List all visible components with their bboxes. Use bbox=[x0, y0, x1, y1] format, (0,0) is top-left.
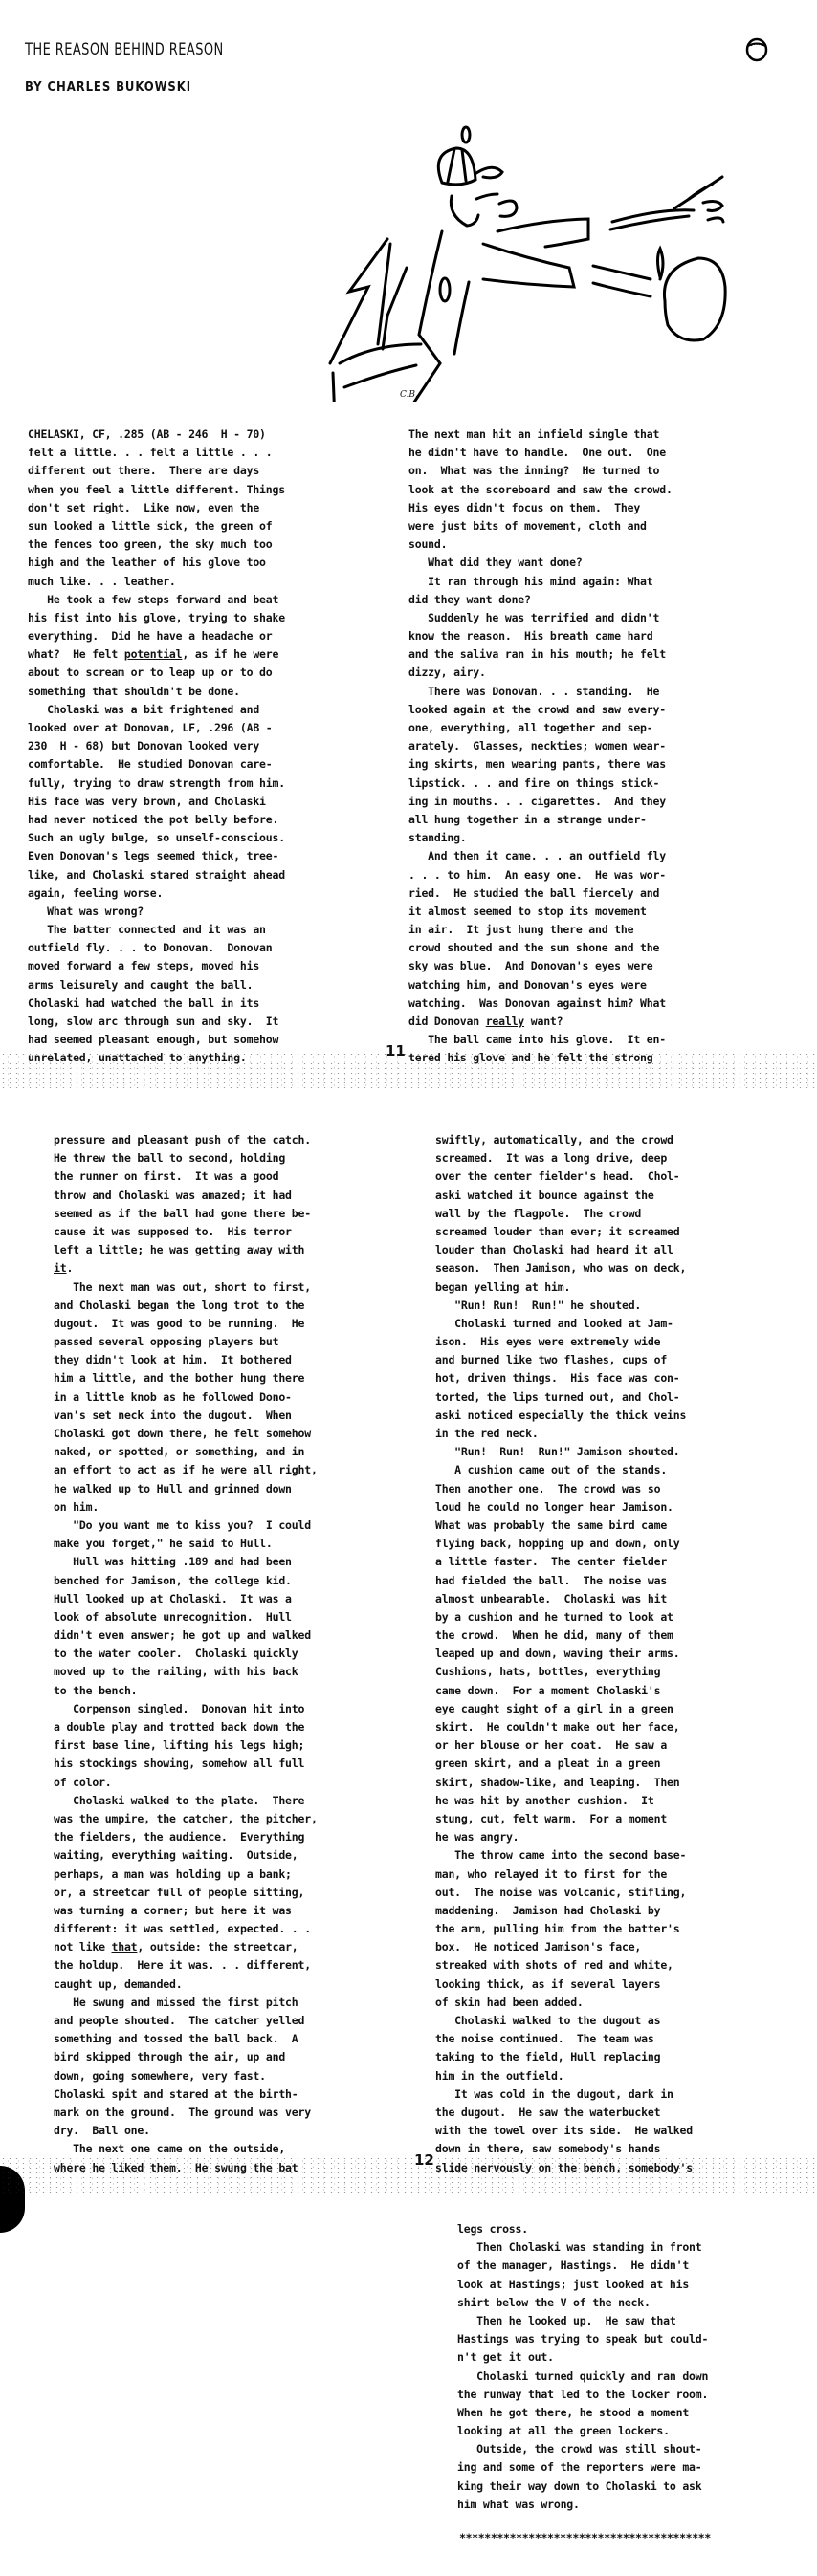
ballplayer-illustration bbox=[144, 57, 813, 402]
text-line: much like. . . leather. bbox=[28, 573, 285, 591]
text-line: ing skirts, men wearing pants, there was bbox=[408, 755, 673, 774]
text-line: Then he looked up. He saw that bbox=[457, 2312, 708, 2330]
text-line: wall by the flagpole. The crowd bbox=[435, 1205, 693, 1223]
text-line: over the center fielder's head. Chol- bbox=[435, 1168, 693, 1186]
page11-left-column: CHELASKI, CF, .285 (AB - 246 H - 70)felt… bbox=[28, 426, 285, 1068]
text-line: by a cushion and he turned to look at bbox=[435, 1608, 693, 1626]
text-line: everything. Did he have a headache or bbox=[28, 627, 285, 645]
text-line: cause it was supposed to. His terror bbox=[54, 1223, 318, 1241]
text-line: When he got there, he stood a moment bbox=[457, 2404, 708, 2422]
text-line: And then it came. . . an outfield fly bbox=[408, 847, 673, 865]
text-line: arms leisurely and caught the ball. bbox=[28, 976, 285, 994]
story-title: THE REASON BEHIND REASON bbox=[25, 40, 224, 59]
text-line: skirt, shadow-like, and leaping. Then bbox=[435, 1774, 693, 1792]
text-line: torted, the lips turned out, and Chol- bbox=[435, 1388, 693, 1407]
text-line: "Run! Run! Run!" he shouted. bbox=[435, 1297, 693, 1315]
text-line: again, feeling worse. bbox=[28, 884, 285, 903]
text-line: Cholaski got down there, he felt somehow bbox=[54, 1425, 318, 1443]
text-line: or her blouse or her coat. He saw a bbox=[435, 1736, 693, 1755]
text-line: What did they want done? bbox=[408, 554, 673, 572]
text-line: The batter connected and it was an bbox=[28, 921, 285, 939]
text-line: skirt. He couldn't make out her face, bbox=[435, 1718, 693, 1736]
text-line: it almost seemed to stop its movement bbox=[408, 903, 673, 921]
text-line: hot, driven things. His face was con- bbox=[435, 1369, 693, 1387]
text-line: and the saliva ran in his mouth; he felt bbox=[408, 645, 673, 664]
text-line: it. bbox=[54, 1259, 318, 1277]
text-line: were just bits of movement, cloth and bbox=[408, 517, 673, 535]
text-line: n't get it out. bbox=[457, 2348, 708, 2367]
text-line: had fielded the ball. The noise was bbox=[435, 1572, 693, 1590]
text-line: to the water cooler. Cholaski quickly bbox=[54, 1645, 318, 1663]
text-line: man, who relayed it to first for the bbox=[435, 1866, 693, 1884]
text-line: sound. bbox=[408, 535, 673, 554]
text-line: on. What was the inning? He turned to bbox=[408, 462, 673, 480]
text-line: he was hit by another cushion. It bbox=[435, 1792, 693, 1810]
text-line: moved forward a few steps, moved his bbox=[28, 957, 285, 975]
text-line: "Run! Run! Run!" Jamison shouted. bbox=[435, 1443, 693, 1461]
text-line: ing and some of the reporters were ma- bbox=[457, 2458, 708, 2477]
text-line: almost unbearable. Cholaski was hit bbox=[435, 1590, 693, 1608]
text-line: not like that, outside: the streetcar, bbox=[54, 1938, 318, 1956]
text-line: all hung together in a strange under- bbox=[408, 811, 673, 829]
text-line: loud he could no longer hear Jamison. bbox=[435, 1498, 693, 1517]
text-line: he walked up to Hull and grinned down bbox=[54, 1480, 318, 1498]
text-line: Cholaski spit and stared at the birth- bbox=[54, 2085, 318, 2104]
text-line: legs cross. bbox=[457, 2220, 708, 2238]
text-line: did Donovan really want? bbox=[408, 1013, 673, 1031]
text-line: look at Hastings; just looked at his bbox=[457, 2276, 708, 2294]
text-line: streaked with shots of red and white, bbox=[435, 1956, 693, 1975]
page12-right-column: swiftly, automatically, and the crowdscr… bbox=[435, 1131, 693, 2177]
text-line: Hull was hitting .189 and had been bbox=[54, 1553, 318, 1571]
text-line: flying back, hopping up and down, only bbox=[435, 1535, 693, 1553]
text-line: Cholaski turned and looked at Jam- bbox=[435, 1315, 693, 1333]
text-line: 230 H - 68) but Donovan looked very bbox=[28, 737, 285, 755]
text-line: Corpenson singled. Donovan hit into bbox=[54, 1700, 318, 1718]
text-line: the holdup. Here it was. . . different, bbox=[54, 1956, 318, 1975]
text-line: Cholaski walked to the dugout as bbox=[435, 2012, 693, 2030]
text-line: the fences too green, the sky much too bbox=[28, 535, 285, 554]
text-line: screamed. It was a long drive, deep bbox=[435, 1149, 693, 1168]
text-line: He threw the ball to second, holding bbox=[54, 1149, 318, 1168]
text-line: outfield fly. . . to Donovan. Donovan bbox=[28, 939, 285, 957]
text-line: his fist into his glove, trying to shake bbox=[28, 609, 285, 627]
text-line: . . . to him. An easy one. He was wor- bbox=[408, 866, 673, 884]
text-line: the noise continued. The team was bbox=[435, 2030, 693, 2048]
text-line: lipstick. . . and fire on things stick- bbox=[408, 775, 673, 793]
text-line: benched for Jamison, the college kid. bbox=[54, 1572, 318, 1590]
page12-left-column: pressure and pleasant push of the catch.… bbox=[54, 1131, 318, 2177]
text-line: box. He noticed Jamison's face, bbox=[435, 1938, 693, 1956]
text-line: aski watched it bounce against the bbox=[435, 1187, 693, 1205]
text-line: A cushion came out of the stands. bbox=[435, 1461, 693, 1479]
text-line: green skirt, and a pleat in a green bbox=[435, 1755, 693, 1773]
text-line: his stockings showing, somehow all full bbox=[54, 1755, 318, 1773]
text-line: looked again at the crowd and saw every- bbox=[408, 701, 673, 719]
text-line: Outside, the crowd was still shout- bbox=[457, 2440, 708, 2458]
text-line: to the bench. bbox=[54, 1682, 318, 1700]
text-line: make you forget," he said to Hull. bbox=[54, 1535, 318, 1553]
scan-noise-band bbox=[0, 1052, 817, 1090]
text-line: caught up, demanded. bbox=[54, 1976, 318, 1994]
text-line: of skin had been added. bbox=[435, 1994, 693, 2012]
text-line: he didn't have to handle. One out. One bbox=[408, 444, 673, 462]
text-line: Cholaski was a bit frightened and bbox=[28, 701, 285, 719]
page13-right-column: legs cross. Then Cholaski was standing i… bbox=[457, 2220, 708, 2514]
text-line: different: it was settled, expected. . . bbox=[54, 1920, 318, 1938]
text-line: sun looked a little sick, the green of bbox=[28, 517, 285, 535]
text-line: Cholaski turned quickly and ran down bbox=[457, 2368, 708, 2386]
text-line: or, a streetcar full of people sitting, bbox=[54, 1884, 318, 1902]
end-rule: **************************************** bbox=[459, 2531, 711, 2544]
text-line: maddening. Jamison had Cholaski by bbox=[435, 1902, 693, 1920]
text-line: Such an ugly bulge, so unself-conscious. bbox=[28, 829, 285, 847]
text-line: him in the outfield. bbox=[435, 2067, 693, 2085]
text-line: different out there. There are days bbox=[28, 462, 285, 480]
text-line: watching him, and Donovan's eyes were bbox=[408, 976, 673, 994]
text-line: a little faster. The center fielder bbox=[435, 1553, 693, 1571]
text-line: looking thick, as if several layers bbox=[435, 1976, 693, 1994]
text-line: felt a little. . . felt a little . . . bbox=[28, 444, 285, 462]
text-line: didn't even answer; he got up and walked bbox=[54, 1626, 318, 1645]
text-line: something that shouldn't be done. bbox=[28, 683, 285, 701]
illustration-signature: C.B. bbox=[400, 390, 418, 400]
text-line: like, and Cholaski stared straight ahead bbox=[28, 866, 285, 884]
text-line: had never noticed the pot belly before. bbox=[28, 811, 285, 829]
text-line: seemed as if the ball had gone there be- bbox=[54, 1205, 318, 1223]
text-line: look at the scoreboard and saw the crowd… bbox=[408, 481, 673, 499]
text-line: naked, or spotted, or something, and in bbox=[54, 1443, 318, 1461]
text-line: something and tossed the ball back. A bbox=[54, 2030, 318, 2048]
text-line: His face was very brown, and Cholaski bbox=[28, 793, 285, 811]
text-line: look of absolute unrecognition. Hull bbox=[54, 1608, 318, 1626]
text-line: throw and Cholaski was amazed; it had bbox=[54, 1187, 318, 1205]
text-line: Cushions, hats, bottles, everything bbox=[435, 1663, 693, 1681]
text-line: passed several opposing players but bbox=[54, 1333, 318, 1351]
text-line: The ball came into his glove. It en- bbox=[408, 1031, 673, 1049]
text-line: moved up to the railing, with his back bbox=[54, 1663, 318, 1681]
text-line: king their way down to Cholaski to ask bbox=[457, 2478, 708, 2496]
text-line: he was angry. bbox=[435, 1828, 693, 1846]
text-line: arately. Glasses, neckties; women wear- bbox=[408, 737, 673, 755]
text-line: dry. Ball one. bbox=[54, 2122, 318, 2140]
text-line: began yelling at him. bbox=[435, 1278, 693, 1297]
text-line: had seemed pleasant enough, but somehow bbox=[28, 1031, 285, 1049]
text-line: season. Then Jamison, who was on deck, bbox=[435, 1259, 693, 1277]
text-line: don't set right. Like now, even the bbox=[28, 499, 285, 517]
text-line: dugout. It was good to be running. He bbox=[54, 1315, 318, 1333]
text-line: him a little, and the bother hung there bbox=[54, 1369, 318, 1387]
text-line: the runner on first. It was a good bbox=[54, 1168, 318, 1186]
text-line: was the umpire, the catcher, the pitcher… bbox=[54, 1810, 318, 1828]
text-line: dizzy, airy. bbox=[408, 664, 673, 682]
text-line: came down. For a moment Cholaski's bbox=[435, 1682, 693, 1700]
text-line: Even Donovan's legs seemed thick, tree- bbox=[28, 847, 285, 865]
text-line: perhaps, a man was holding up a bank; bbox=[54, 1866, 318, 1884]
text-line: when you feel a little different. Things bbox=[28, 481, 285, 499]
text-line: Then Cholaski was standing in front bbox=[457, 2238, 708, 2257]
text-line: the runway that led to the locker room. bbox=[457, 2386, 708, 2404]
text-line: him what was wrong. bbox=[457, 2496, 708, 2514]
text-line: swiftly, automatically, and the crowd bbox=[435, 1131, 693, 1149]
text-line: CHELASKI, CF, .285 (AB - 246 H - 70) bbox=[28, 426, 285, 444]
text-line: comfortable. He studied Donovan care- bbox=[28, 755, 285, 774]
text-line: they didn't look at him. It bothered bbox=[54, 1351, 318, 1369]
text-line: was turning a corner; but here it was bbox=[54, 1902, 318, 1920]
text-line: out. The noise was volcanic, stifling, bbox=[435, 1884, 693, 1902]
text-line: There was Donovan. . . standing. He bbox=[408, 683, 673, 701]
text-line: stung, cut, felt warm. For a moment bbox=[435, 1810, 693, 1828]
text-line: a double play and trotted back down the bbox=[54, 1718, 318, 1736]
text-line: crowd shouted and the sun shone and the bbox=[408, 939, 673, 957]
text-line: looked over at Donovan, LF, .296 (AB - bbox=[28, 719, 285, 737]
text-line: with the towel over its side. He walked bbox=[435, 2122, 693, 2140]
text-line: the arm, pulling him from the batter's bbox=[435, 1920, 693, 1938]
text-line: an effort to act as if he were all right… bbox=[54, 1461, 318, 1479]
text-line: van's set neck into the dugout. When bbox=[54, 1407, 318, 1425]
text-line: high and the leather of his glove too bbox=[28, 554, 285, 572]
text-line: of color. bbox=[54, 1774, 318, 1792]
text-line: sky was blue. And Donovan's eyes were bbox=[408, 957, 673, 975]
text-line: long, slow arc through sun and sky. It bbox=[28, 1013, 285, 1031]
text-line: in air. It just hung there and the bbox=[408, 921, 673, 939]
text-line: watching. Was Donovan against him? What bbox=[408, 994, 673, 1013]
text-line: Hastings was trying to speak but could- bbox=[457, 2330, 708, 2348]
text-line: down, going somewhere, very fast. bbox=[54, 2067, 318, 2085]
text-line: He took a few steps forward and beat bbox=[28, 591, 285, 609]
text-line: looking at all the green lockers. bbox=[457, 2422, 708, 2440]
text-line: about to scream or to leap up or to do bbox=[28, 664, 285, 682]
text-line: the fielders, the audience. Everything bbox=[54, 1828, 318, 1846]
text-line: Hull looked up at Cholaski. It was a bbox=[54, 1590, 318, 1608]
text-line: The next man hit an infield single that bbox=[408, 426, 673, 444]
text-line: mark on the ground. The ground was very bbox=[54, 2104, 318, 2122]
text-line: Cholaski had watched the ball in its bbox=[28, 994, 285, 1013]
text-line: and people shouted. The catcher yelled bbox=[54, 2012, 318, 2030]
text-line: ing in mouths. . . cigarettes. And they bbox=[408, 793, 673, 811]
text-line: It was cold in the dugout, dark in bbox=[435, 2085, 693, 2104]
scan-noise-band bbox=[0, 2156, 817, 2194]
page11-right-column: The next man hit an infield single thath… bbox=[408, 426, 673, 1068]
text-line: and burned like two flashes, cups of bbox=[435, 1351, 693, 1369]
text-line: The next man was out, short to first, bbox=[54, 1278, 318, 1297]
text-line: know the reason. His breath came hard bbox=[408, 627, 673, 645]
text-line: Then another one. The crowd was so bbox=[435, 1480, 693, 1498]
text-line: ried. He studied the ball fiercely and bbox=[408, 884, 673, 903]
text-line: in a little knob as he followed Dono- bbox=[54, 1388, 318, 1407]
text-line: The throw came into the second base- bbox=[435, 1846, 693, 1865]
text-line: louder than Cholaski had heard it all bbox=[435, 1241, 693, 1259]
text-line: He swung and missed the first pitch bbox=[54, 1994, 318, 2012]
text-line: did they want done? bbox=[408, 591, 673, 609]
text-line: left a little; he was getting away with bbox=[54, 1241, 318, 1259]
text-line: aski noticed especially the thick veins bbox=[435, 1407, 693, 1425]
text-line: first base line, lifting his legs high; bbox=[54, 1736, 318, 1755]
text-line: what? He felt potential, as if he were bbox=[28, 645, 285, 664]
text-line: What was probably the same bird came bbox=[435, 1517, 693, 1535]
text-line: standing. bbox=[408, 829, 673, 847]
text-line: What was wrong? bbox=[28, 903, 285, 921]
text-line: leaped up and down, waving their arms. bbox=[435, 1645, 693, 1663]
text-line: of the manager, Hastings. He didn't bbox=[457, 2257, 708, 2275]
text-line: shirt below the V of the neck. bbox=[457, 2294, 708, 2312]
text-line: "Do you want me to kiss you? I could bbox=[54, 1517, 318, 1535]
text-line: the dugout. He saw the waterbucket bbox=[435, 2104, 693, 2122]
text-line: taking to the field, Hull replacing bbox=[435, 2048, 693, 2066]
text-line: the crowd. When he did, many of them bbox=[435, 1626, 693, 1645]
text-line: one, everything, all together and sep- bbox=[408, 719, 673, 737]
text-line: His eyes didn't focus on them. They bbox=[408, 499, 673, 517]
text-line: and Cholaski began the long trot to the bbox=[54, 1297, 318, 1315]
text-line: fully, trying to draw strength from him. bbox=[28, 775, 285, 793]
text-line: waiting, everything waiting. Outside, bbox=[54, 1846, 318, 1865]
text-line: pressure and pleasant push of the catch. bbox=[54, 1131, 318, 1149]
text-line: on him. bbox=[54, 1498, 318, 1517]
text-line: Suddenly he was terrified and didn't bbox=[408, 609, 673, 627]
text-line: screamed louder than ever; it screamed bbox=[435, 1223, 693, 1241]
text-line: It ran through his mind again: What bbox=[408, 573, 673, 591]
text-line: bird skipped through the air, up and bbox=[54, 2048, 318, 2066]
text-line: eye caught sight of a girl in a green bbox=[435, 1700, 693, 1718]
text-line: ison. His eyes were extremely wide bbox=[435, 1333, 693, 1351]
text-line: Cholaski walked to the plate. There bbox=[54, 1792, 318, 1810]
text-line: in the red neck. bbox=[435, 1425, 693, 1443]
